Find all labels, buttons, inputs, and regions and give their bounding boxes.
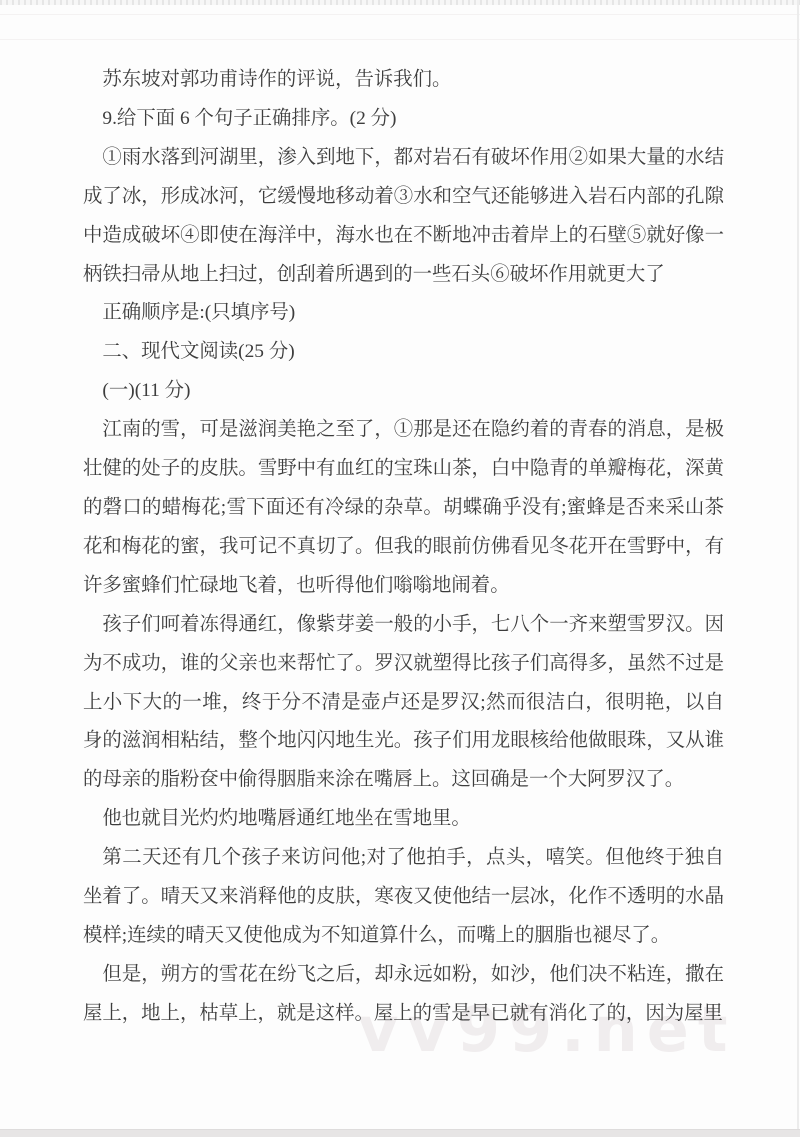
paragraph: 江南的雪，可是滋润美艳之至了，①那是还在隐约着的青春的消息，是极壮健的处子的皮肤…	[83, 411, 724, 606]
page-right-edge	[797, 0, 799, 1137]
paragraph: ①雨水落到河湖里，渗入到地下，都对岩石有破坏作用②如果大量的水结成了冰，形成冰河…	[83, 139, 724, 295]
scan-artifact-line	[0, 39, 800, 40]
paragraph: 9.给下面 6 个句子正确排序。(2 分)	[83, 100, 724, 139]
scanned-document-page: vv99.net 苏东坡对郭功甫诗作的评说，告诉我们。9.给下面 6 个句子正确…	[0, 0, 800, 1137]
paragraph: (一)(11 分)	[83, 372, 724, 411]
paragraph: 第二天还有几个孩子来访问他;对了他拍手，点头，嘻笑。但他终于独自坐着了。晴天又来…	[83, 839, 724, 956]
paragraph: 孩子们呵着冻得通红，像紫芽姜一般的小手，七八个一齐来塑雪罗汉。因为不成功，谁的父…	[83, 606, 724, 801]
document-body: 苏东坡对郭功甫诗作的评说，告诉我们。9.给下面 6 个句子正确排序。(2 分)①…	[83, 61, 724, 1034]
page-bottom-edge	[0, 1129, 800, 1137]
page-top-edge	[0, 0, 800, 5]
paragraph: 苏东坡对郭功甫诗作的评说，告诉我们。	[83, 61, 724, 100]
paragraph: 他也就目光灼灼地嘴唇通红地坐在雪地里。	[83, 800, 724, 839]
scan-artifact-line	[0, 14, 800, 15]
paragraph: 正确顺序是:(只填序号)	[83, 294, 724, 333]
paragraph: 但是，朔方的雪花在纷飞之后，却永远如粉，如沙，他们决不粘连，撒在屋上，地上，枯草…	[83, 956, 724, 1034]
paragraph: 二、现代文阅读(25 分)	[83, 333, 724, 372]
